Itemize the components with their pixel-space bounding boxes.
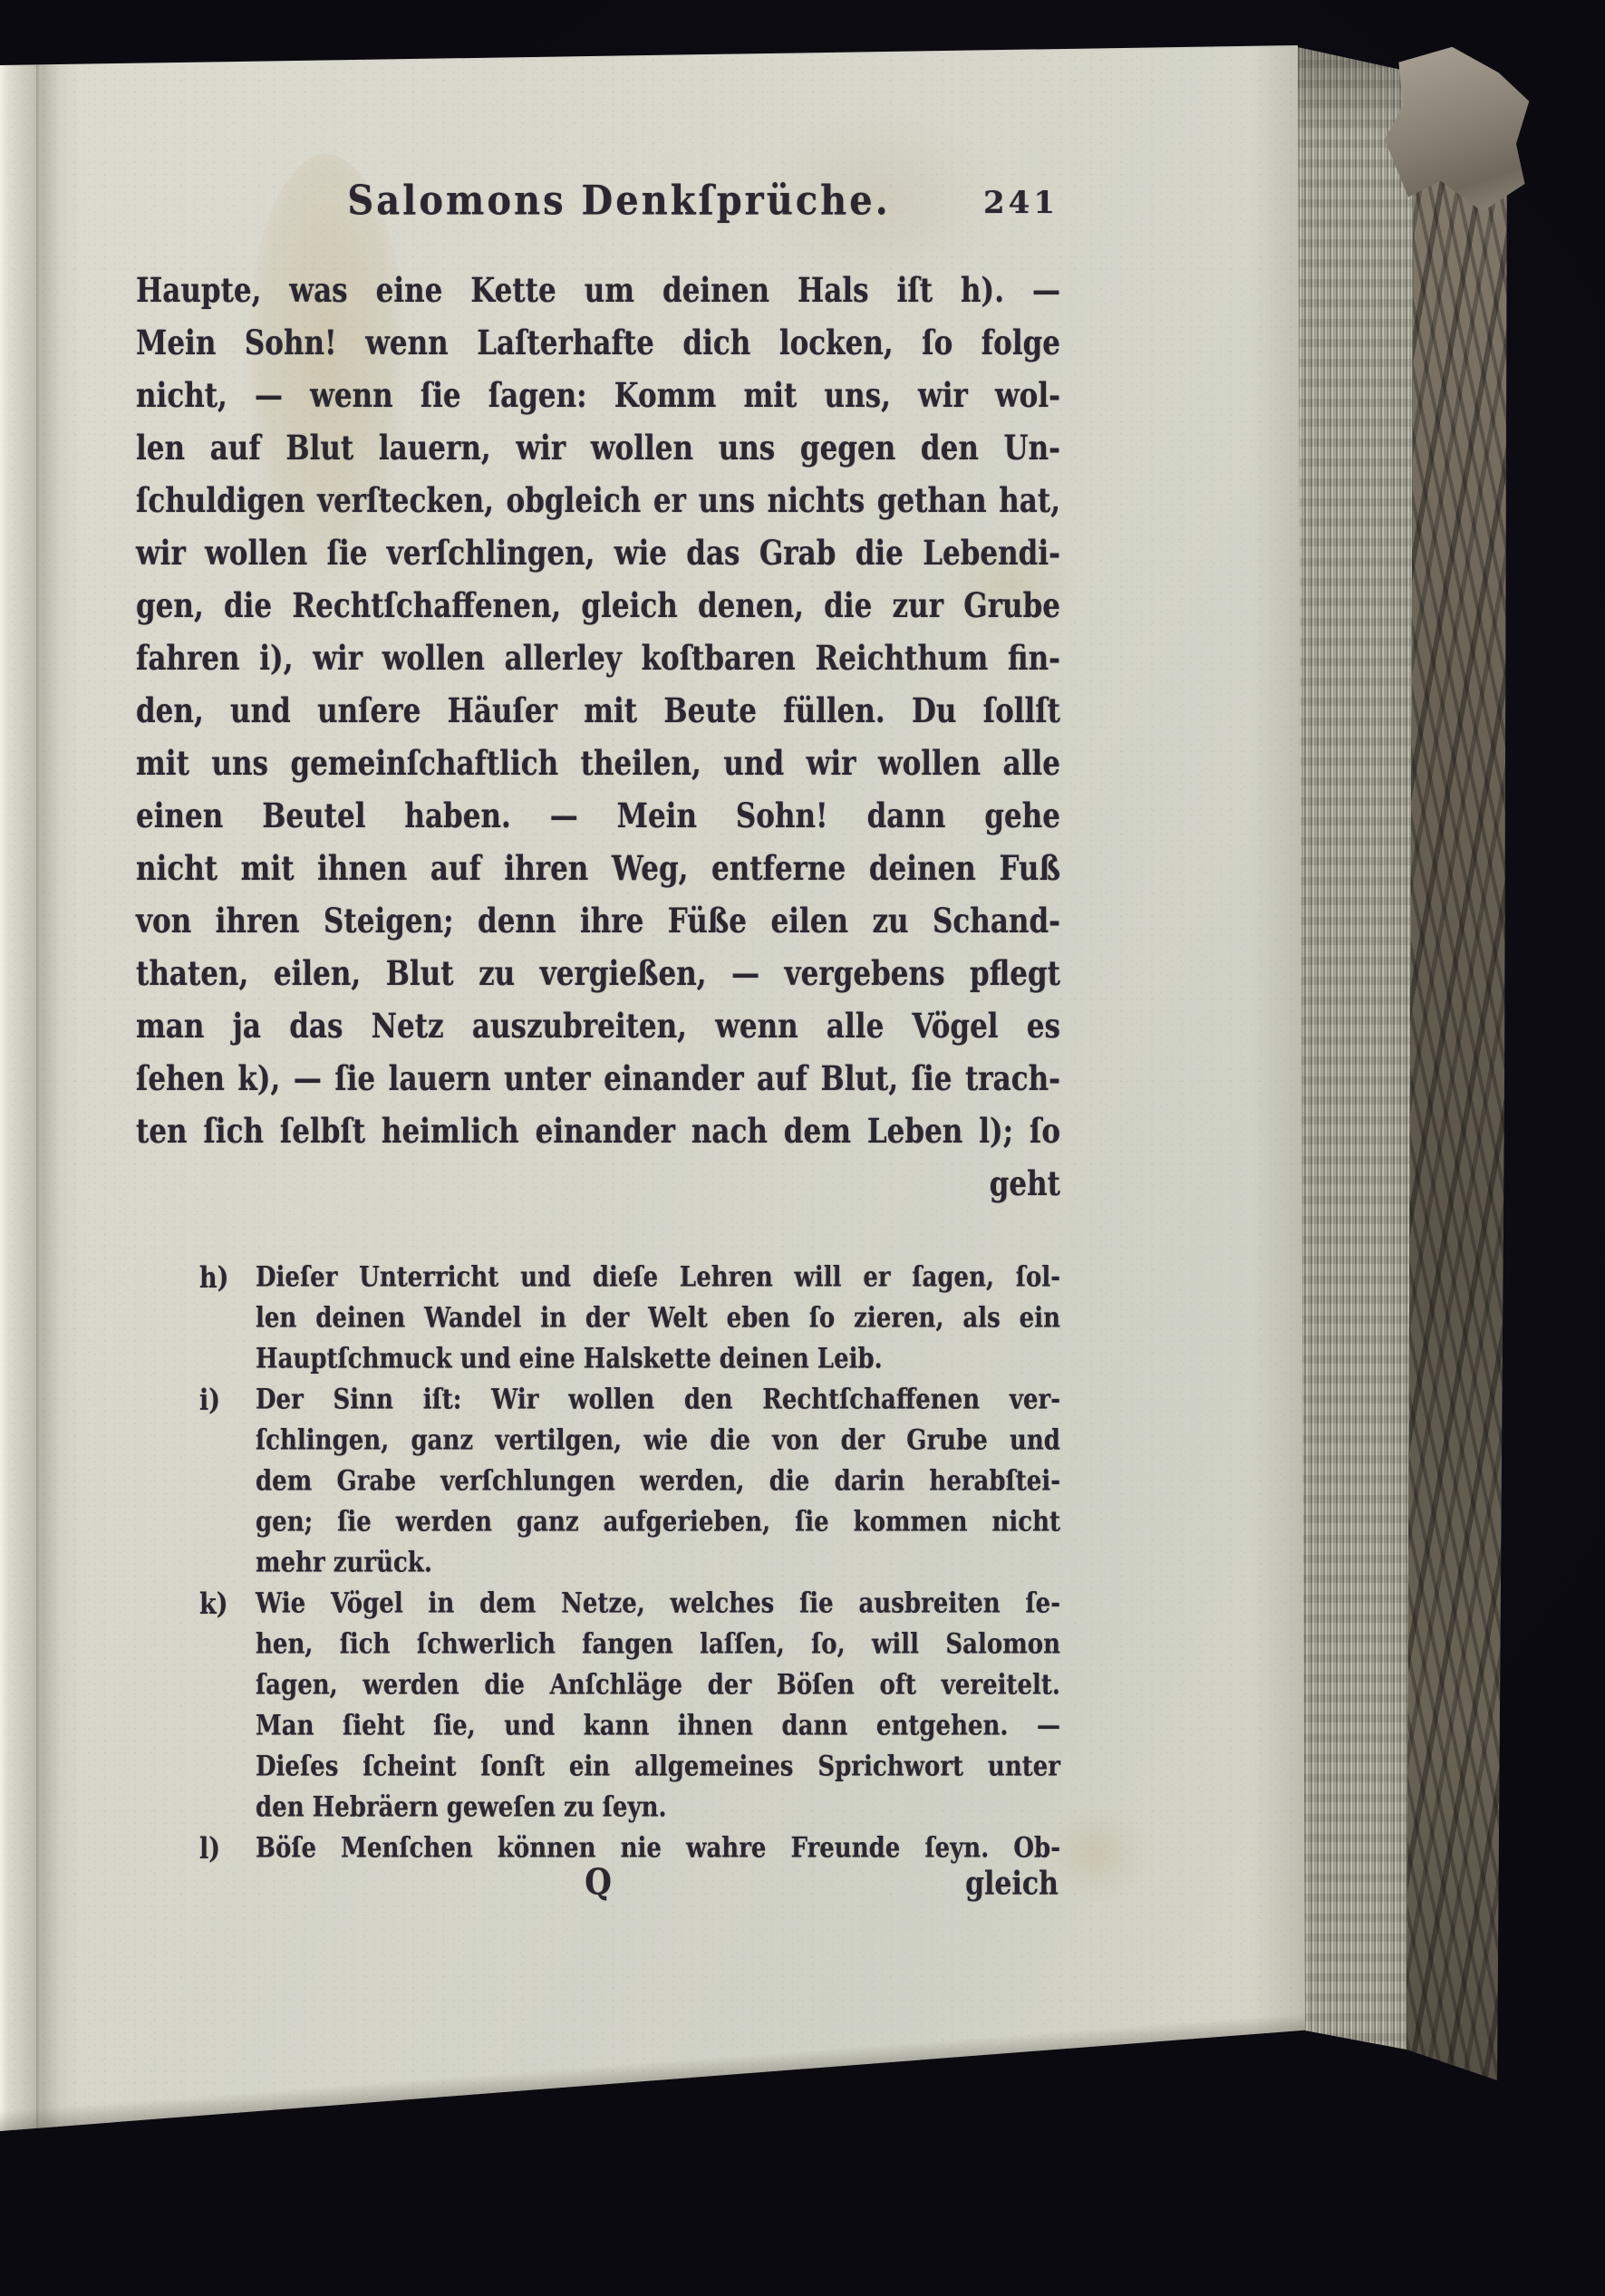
footnotes-block: h) Dieſer Unterricht und dieſe Lehren wi… — [136, 1258, 1060, 1869]
running-header: Salomons Denkſprüche. 241 — [136, 179, 1060, 236]
page-header-title: Salomons Denkſprüche. — [136, 177, 1060, 225]
signature-row: Q gleich — [136, 1865, 1060, 1912]
paper-crease — [36, 47, 40, 2131]
body-text: Haupte, was eine Kette um deinen Hals iſ… — [136, 265, 1060, 1211]
catchword: geht — [136, 1153, 1060, 1217]
footnote-label: h) — [199, 1254, 228, 1302]
footnote-i: i) Der Sinn iſt: Wir wollen den Rechtſch… — [136, 1380, 1060, 1584]
footnote-label: i) — [199, 1376, 220, 1424]
footnote-k: k) Wie Vögel in dem Netze, welches ſie a… — [136, 1584, 1060, 1828]
catchword: gleich — [965, 1866, 1059, 1903]
left-page-edge-sliver — [0, 53, 9, 2133]
gutter-shadow — [11, 47, 82, 2131]
footnote-label: k) — [199, 1580, 227, 1628]
signature-mark: Q — [136, 1862, 1060, 1904]
page-number: 241 — [983, 185, 1059, 221]
footnote-h: h) Dieſer Unterricht und dieſe Lehren wi… — [136, 1258, 1060, 1380]
scan-background: Salomons Denkſprüche. 241 Haupte, was ei… — [0, 0, 1605, 2296]
